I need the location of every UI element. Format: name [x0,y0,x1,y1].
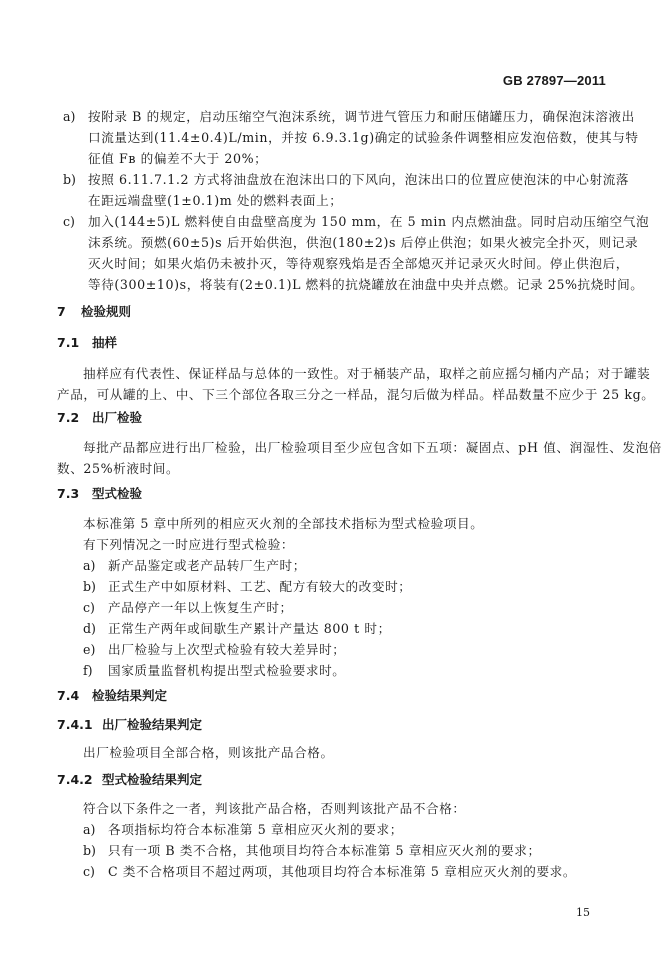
text-line: 沫系统。预燃(60±5)s 后开始供泡，供泡(180±2)s 后停止供泡；如果火… [88,235,638,251]
standard-number: GB 27897—2011 [503,73,606,88]
list-label: e) [83,642,95,658]
list-label: f) [83,663,93,679]
text-line: 在距远端盘壁(1±0.1)m 处的燃料表面上； [88,193,342,209]
list-item: C 类不合格项目不超过两项，其他项目均符合本标准第 5 章相应灭火剂的要求。 [108,864,576,880]
paragraph-line: 出厂检验项目全部合格，则该批产品合格。 [83,745,334,761]
text-line: 等待(300±10)s，将装有(2±0.1)L 燃料的抗烧罐放在油盘中央并点燃。… [88,277,644,293]
paragraph-line: 每批产品都应进行出厂检验，出厂检验项目至少应包含如下五项：凝固点、pH 值、润湿… [83,440,662,456]
page-number: 15 [576,906,590,919]
document-page: GB 27897—2011 a) 按附录 B 的规定，启动压缩空气泡沫系统，调节… [0,0,669,977]
list-item: 正式生产中如原材料、工艺、配方有较大的改变时； [108,579,411,595]
list-label: b) [63,172,76,188]
section-heading-7-3: 7.3型式检验 [57,486,142,502]
section-heading-7-1: 7.1抽样 [57,335,117,351]
paragraph-line: 有下列情况之一时应进行型式检验： [83,537,294,553]
list-item: 产品停产一年以上恢复生产时； [108,600,293,616]
paragraph-line: 数、25%析液时间。 [57,461,179,477]
list-label: b) [83,843,96,859]
section-heading-7-4-2: 7.4.2型式检验结果判定 [57,772,202,788]
list-label: a) [63,109,75,125]
paragraph-line: 符合以下条件之一者，判该批产品合格，否则判该批产品不合格： [83,801,466,817]
section-heading-7-4-1: 7.4.1出厂检验结果判定 [57,717,202,733]
text-line: 灭火时间；如果火焰仍未被扑灭，等待观察残焰是否全部熄灭并记录灭火时间。停止供泡后… [88,256,629,272]
list-label: c) [83,600,95,616]
list-item: 各项指标均符合本标准第 5 章相应灭火剂的要求； [108,822,403,838]
text-line: 按照 6.11.7.1.2 方式将油盘放在泡沫出口的下风向，泡沫出口的位置应使泡… [88,172,629,188]
list-item: 新产品鉴定或老产品转厂生产时； [108,558,306,574]
list-label: d) [83,621,96,637]
text-line: 口流量达到(11.4±0.4)L/min，并按 6.9.3.1g)确定的试验条件… [88,130,639,146]
text-line: 按附录 B 的规定，启动压缩空气泡沫系统，调节进气管压力和耐压储罐压力，确保泡沫… [88,109,635,125]
list-item: 只有一项 B 类不合格，其他项目均符合本标准第 5 章相应灭火剂的要求； [108,843,541,859]
list-label: a) [83,558,95,574]
section-heading-7-2: 7.2出厂检验 [57,410,142,426]
list-label: b) [83,579,96,595]
list-item: 正常生产两年或间歇生产累计产量达 800 t 时； [108,621,391,637]
paragraph-line: 本标准第 5 章中所列的相应灭火剂的全部技术指标为型式检验项目。 [83,516,483,532]
text-line: 加入(144±5)L 燃料使自由盘壁高度为 150 mm，在 5 min 内点燃… [88,214,649,230]
list-label: c) [83,864,95,880]
text-line: 征值 Fʙ 的偏差不大于 20%； [88,151,267,167]
paragraph-line: 产品，可从罐的上、中、下三个部位各取三分之一样品，混匀后做为样品。样品数量不应少… [57,387,654,403]
list-label: c) [63,214,75,230]
section-heading-7: 7检验规则 [57,304,131,320]
section-heading-7-4: 7.4检验结果判定 [57,688,167,704]
list-item: 出厂检验与上次型式检验有较大差异时； [108,642,346,658]
paragraph-line: 抽样应有代表性、保证样品与总体的一致性。对于桶装产品，取样之前应摇匀桶内产品；对… [83,366,650,382]
list-label: a) [83,822,95,838]
list-item: 国家质量监督机构提出型式检验要求时。 [108,663,346,679]
